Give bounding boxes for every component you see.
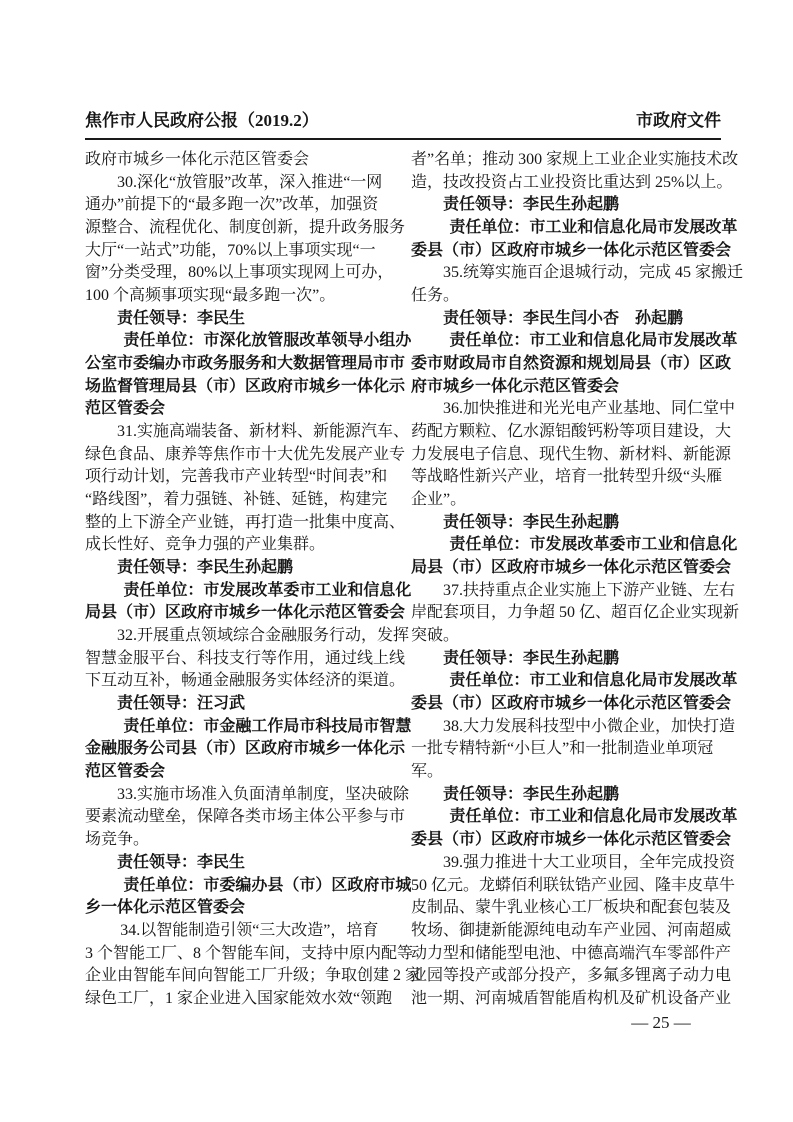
- text-line: 责任领导：李民生孙起鹏: [411, 512, 723, 535]
- text-line: 等战略性新兴产业，培育一批转型升级“头雁: [411, 466, 723, 489]
- text-line: 任务。: [411, 285, 723, 308]
- text-line: 100 个高频事项实现“最多跑一次”。: [85, 285, 397, 308]
- text-line: 委县（市）区政府市城乡一体化示范区管委会: [411, 240, 723, 263]
- text-line: 责任单位：市工业和信息化局市发展改革: [411, 330, 723, 353]
- text-line: 38.大力发展科技型中小微企业，加快打造: [411, 716, 723, 739]
- text-line: 业园等投产或部分投产，多氟多锂离子动力电: [411, 965, 723, 988]
- text-line: 责任单位：市工业和信息化局市发展改革: [411, 806, 723, 829]
- text-line: 公室市委编办市政务服务和大数据管理局市市: [85, 353, 397, 376]
- text-line: 金融服务公司县（市）区政府市城乡一体化示: [85, 738, 397, 761]
- text-line: 责任单位：市金融工作局市科技局市智慧: [85, 716, 397, 739]
- text-line: 责任单位：市委编办县（市）区政府市城: [85, 875, 397, 898]
- text-line: 责任领导：李民生: [85, 852, 397, 875]
- text-line: 34.以智能制造引领“三大改造”，培育: [85, 920, 397, 943]
- text-line: 责任领导：李民生: [85, 308, 397, 331]
- text-line: 39.强力推进十大工业项目，全年完成投资: [411, 852, 723, 875]
- text-line: 责任领导：李民生孙起鹏: [85, 557, 397, 580]
- text-line: 者”名单；推动 300 家规上工业企业实施技术改: [411, 149, 723, 172]
- text-line: 突破。: [411, 625, 723, 648]
- text-line: 大厅“一站式”功能，70%以上事项实现“一: [85, 240, 397, 263]
- text-line: 岸配套项目，力争超 50 亿、超百亿企业实现新: [411, 602, 723, 625]
- text-line: 动力型和储能型电池、中德高端汽车零部件产: [411, 943, 723, 966]
- text-line: 整的上下游全产业链，再打造一批集中度高、: [85, 512, 397, 535]
- page-number: — 25 —: [600, 1012, 722, 1034]
- text-line: 场监督管理局县（市）区政府市城乡一体化示: [85, 376, 397, 399]
- text-line: 政府市城乡一体化示范区管委会: [85, 149, 397, 172]
- text-line: 智慧金服平台、科技支行等作用，通过线上线: [85, 648, 397, 671]
- text-line: 场竞争。: [85, 829, 397, 852]
- text-line: 药配方颗粒、亿水源铝酸钙粉等项目建设，大: [411, 421, 723, 444]
- text-line: 源整合、流程优化、制度创新，提升政务服务: [85, 217, 397, 240]
- text-line: 35.统筹实施百企退城行动，完成 45 家搬迁: [411, 262, 723, 285]
- text-line: 责任单位：市深化放管服改革领导小组办: [85, 330, 397, 353]
- text-line: 绿色食品、康养等焦作市十大优先发展产业专: [85, 444, 397, 467]
- body-columns: 政府市城乡一体化示范区管委会30.深化“放管服”改革，深入推进“一网通办”前提下…: [85, 149, 723, 1011]
- section-title: 市政府文件: [636, 110, 721, 132]
- text-line: 责任领导：汪习武: [85, 693, 397, 716]
- text-line: 3 个智能工厂、8 个智能车间，支持中原内配等: [85, 943, 397, 966]
- text-line: 皮制品、蒙牛乳业核心工厂板块和配套包装及: [411, 897, 723, 920]
- text-line: 项行动计划，完善我市产业转型“时间表”和: [85, 466, 397, 489]
- document-page: 焦作市人民政府公报（2019.2） 市政府文件 政府市城乡一体化示范区管委会30…: [0, 0, 793, 1122]
- text-line: 府市城乡一体化示范区管委会: [411, 376, 723, 399]
- text-line: 造，技改投资占工业投资比重达到 25%以上。: [411, 172, 723, 195]
- text-line: 池一期、河南城盾智能盾构机及矿机设备产业: [411, 988, 723, 1011]
- text-line: 责任单位：市发展改革委市工业和信息化: [85, 580, 397, 603]
- text-line: 36.加快推进和光光电产业基地、同仁堂中: [411, 398, 723, 421]
- text-line: 要素流动壁垒，保障各类市场主体公平参与市: [85, 806, 397, 829]
- text-line: 窗”分类受理，80%以上事项实现网上可办，: [85, 262, 397, 285]
- page-header: 焦作市人民政府公报（2019.2） 市政府文件: [85, 110, 721, 140]
- text-line: 责任领导：李民生孙起鹏: [411, 784, 723, 807]
- text-line: 范区管委会: [85, 761, 397, 784]
- text-line: 力发展电子信息、现代生物、新材料、新能源: [411, 444, 723, 467]
- text-line: 下互动互补，畅通金融服务实体经济的渠道。: [85, 670, 397, 693]
- text-line: 乡一体化示范区管委会: [85, 897, 397, 920]
- gazette-title: 焦作市人民政府公报（2019.2）: [85, 110, 319, 132]
- text-line: 33.实施市场准入负面清单制度，坚决破除: [85, 784, 397, 807]
- text-line: 企业由智能车间向智能工厂升级；争取创建 2 家: [85, 965, 397, 988]
- text-line: 军。: [411, 761, 723, 784]
- text-line: 一批专精特新“小巨人”和一批制造业单项冠: [411, 738, 723, 761]
- text-line: 委县（市）区政府市城乡一体化示范区管委会: [411, 829, 723, 852]
- text-line: 企业”。: [411, 489, 723, 512]
- text-line: 责任单位：市发展改革委市工业和信息化: [411, 534, 723, 557]
- text-line: 31.实施高端装备、新材料、新能源汽车、: [85, 421, 397, 444]
- text-line: 责任单位：市工业和信息化局市发展改革: [411, 670, 723, 693]
- text-line: 委市财政局市自然资源和规划局县（市）区政: [411, 353, 723, 376]
- text-line: 32.开展重点领域综合金融服务行动，发挥: [85, 625, 397, 648]
- text-line: 成长性好、竞争力强的产业集群。: [85, 534, 397, 557]
- text-line: 通办”前提下的“最多跑一次”改革，加强资: [85, 194, 397, 217]
- text-line: 责任单位：市工业和信息化局市发展改革: [411, 217, 723, 240]
- text-line: 范区管委会: [85, 398, 397, 421]
- right-column: 者”名单；推动 300 家规上工业企业实施技术改造，技改投资占工业投资比重达到 …: [411, 149, 723, 1011]
- text-line: 责任领导：李民生孙起鹏: [411, 648, 723, 671]
- text-line: 局县（市）区政府市城乡一体化示范区管委会: [85, 602, 397, 625]
- text-line: 30.深化“放管服”改革，深入推进“一网: [85, 172, 397, 195]
- text-line: 责任领导：李民生闫小杏 孙起鹏: [411, 308, 723, 331]
- text-line: 局县（市）区政府市城乡一体化示范区管委会: [411, 557, 723, 580]
- text-line: 牧场、御捷新能源纯电动车产业园、河南超威: [411, 920, 723, 943]
- text-line: 责任领导：李民生孙起鹏: [411, 194, 723, 217]
- text-line: 37.扶持重点企业实施上下游产业链、左右: [411, 580, 723, 603]
- left-column: 政府市城乡一体化示范区管委会30.深化“放管服”改革，深入推进“一网通办”前提下…: [85, 149, 397, 1011]
- text-line: 绿色工厂，1 家企业进入国家能效水效“领跑: [85, 988, 397, 1011]
- text-line: 委县（市）区政府市城乡一体化示范区管委会: [411, 693, 723, 716]
- text-line: 50 亿元。龙蟒佰利联钛锆产业园、隆丰皮草牛: [411, 875, 723, 898]
- text-line: “路线图”，着力强链、补链、延链，构建完: [85, 489, 397, 512]
